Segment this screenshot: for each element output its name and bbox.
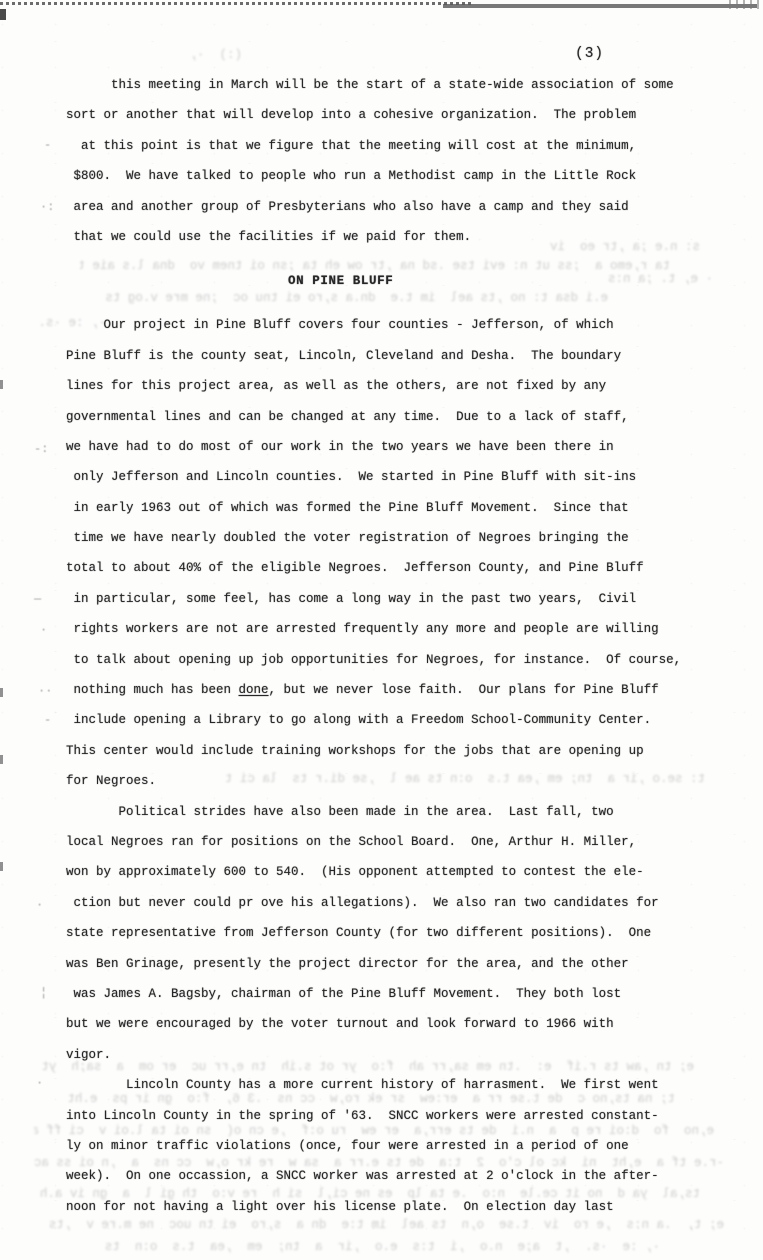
bleed-through-line: ·, :e ·s. ,t a;e n.o ,i t:s e.o ,ir a tn… xyxy=(60,1240,660,1256)
page-number: (3) xyxy=(575,46,604,62)
text-line: this meeting in March will be the start … xyxy=(66,70,756,100)
text-line: in early 1963 out of which was formed th… xyxy=(66,493,756,523)
text-line: week). On one occassion, a SNCC worker w… xyxy=(66,1161,756,1191)
text-line: lines for this project area, as well as … xyxy=(66,371,756,401)
margin-ink-mark: -: xyxy=(34,442,48,456)
text-line: nothing much has been done, but we never… xyxy=(66,675,756,705)
text-line: time we have nearly doubled the voter re… xyxy=(66,523,756,553)
text-line: Political strides have also been made in… xyxy=(66,797,756,827)
text-line: but we were encouraged by the voter turn… xyxy=(66,1009,756,1039)
text-line: $800. We have talked to people who run a… xyxy=(66,161,756,191)
text-line: into Lincoln County in the spring of '63… xyxy=(66,1101,756,1131)
margin-ink-mark: · xyxy=(36,898,43,912)
scan-edge-specks xyxy=(729,0,763,9)
section-heading: ON PINE BLUFF xyxy=(66,252,756,310)
paragraph-block-2: Our project in Pine Bluff covers four co… xyxy=(66,310,756,1222)
text-line: won by approximately 600 to 540. (His op… xyxy=(66,857,756,887)
left-edge-tick xyxy=(0,380,3,389)
text-line: noon for not having a light over his lic… xyxy=(66,1192,756,1222)
text-line: was James A. Bagsby, chairman of the Pin… xyxy=(66,979,756,1009)
margin-ink-mark: · xyxy=(36,1076,43,1090)
text-line: in particular, some feel, has come a lon… xyxy=(66,584,756,614)
text-line: that we could use the facilities if we p… xyxy=(66,222,756,252)
text-line: governmental lines and can be changed at… xyxy=(66,402,756,432)
left-edge-tick xyxy=(0,755,3,764)
text-line: total to about 40% of the eligible Negro… xyxy=(66,553,756,583)
scan-edge-solid-line xyxy=(443,4,757,8)
text-line: state representative from Jefferson Coun… xyxy=(66,918,756,948)
paragraph-block-1: this meeting in March will be the start … xyxy=(66,70,756,252)
margin-ink-mark: — xyxy=(34,592,41,606)
text-line: sort or another that will develop into a… xyxy=(66,100,756,130)
document-page: (3) this meeting in March will be the st… xyxy=(0,0,763,1260)
text-line: to talk about opening up job opportuniti… xyxy=(66,645,756,675)
text-line: Our project in Pine Bluff covers four co… xyxy=(66,310,756,340)
text-line: This center would include training works… xyxy=(66,736,756,766)
margin-ink-mark: - xyxy=(44,138,51,152)
text-line: only Jefferson and Lincoln counties. We … xyxy=(66,462,756,492)
scan-corner-mark xyxy=(0,9,6,20)
left-edge-tick xyxy=(0,862,3,871)
text-line: local Negroes ran for positions on the S… xyxy=(66,827,756,857)
scan-edge-dotted-line xyxy=(0,2,473,5)
left-edge-tick xyxy=(0,688,3,697)
text-line: rights workers are not are arrested freq… xyxy=(66,614,756,644)
text-line: area and another group of Presbyterians … xyxy=(66,192,756,222)
text-line: for Negroes. xyxy=(66,766,756,796)
text-line: include opening a Library to go along wi… xyxy=(66,705,756,735)
text-line: Pine Bluff is the county seat, Lincoln, … xyxy=(66,341,756,371)
text-line: we have had to do most of our work in th… xyxy=(66,432,756,462)
margin-ink-mark: ·: xyxy=(40,200,54,214)
text-line: ly on minor traffic violations (once, fo… xyxy=(66,1131,756,1161)
margin-ink-mark: · xyxy=(40,623,47,637)
text-line: at this point is that we figure that the… xyxy=(66,131,756,161)
underlined-word: done xyxy=(239,683,269,697)
margin-ink-mark: - xyxy=(44,713,51,727)
scan-edge-artifact xyxy=(0,0,763,10)
text-line: ction but never could pr ove his allegat… xyxy=(66,888,756,918)
margin-ink-mark: ·· xyxy=(38,684,52,698)
margin-ink-mark: ¦ xyxy=(40,986,47,1000)
bleed-through-line: (:) ·, xyxy=(178,48,242,64)
typewritten-text-block: this meeting in March will be the start … xyxy=(66,70,756,1222)
text-line: Lincoln County has a more current histor… xyxy=(66,1070,756,1100)
text-line: vigor. xyxy=(66,1040,756,1070)
text-line: was Ben Grinage, presently the project d… xyxy=(66,949,756,979)
